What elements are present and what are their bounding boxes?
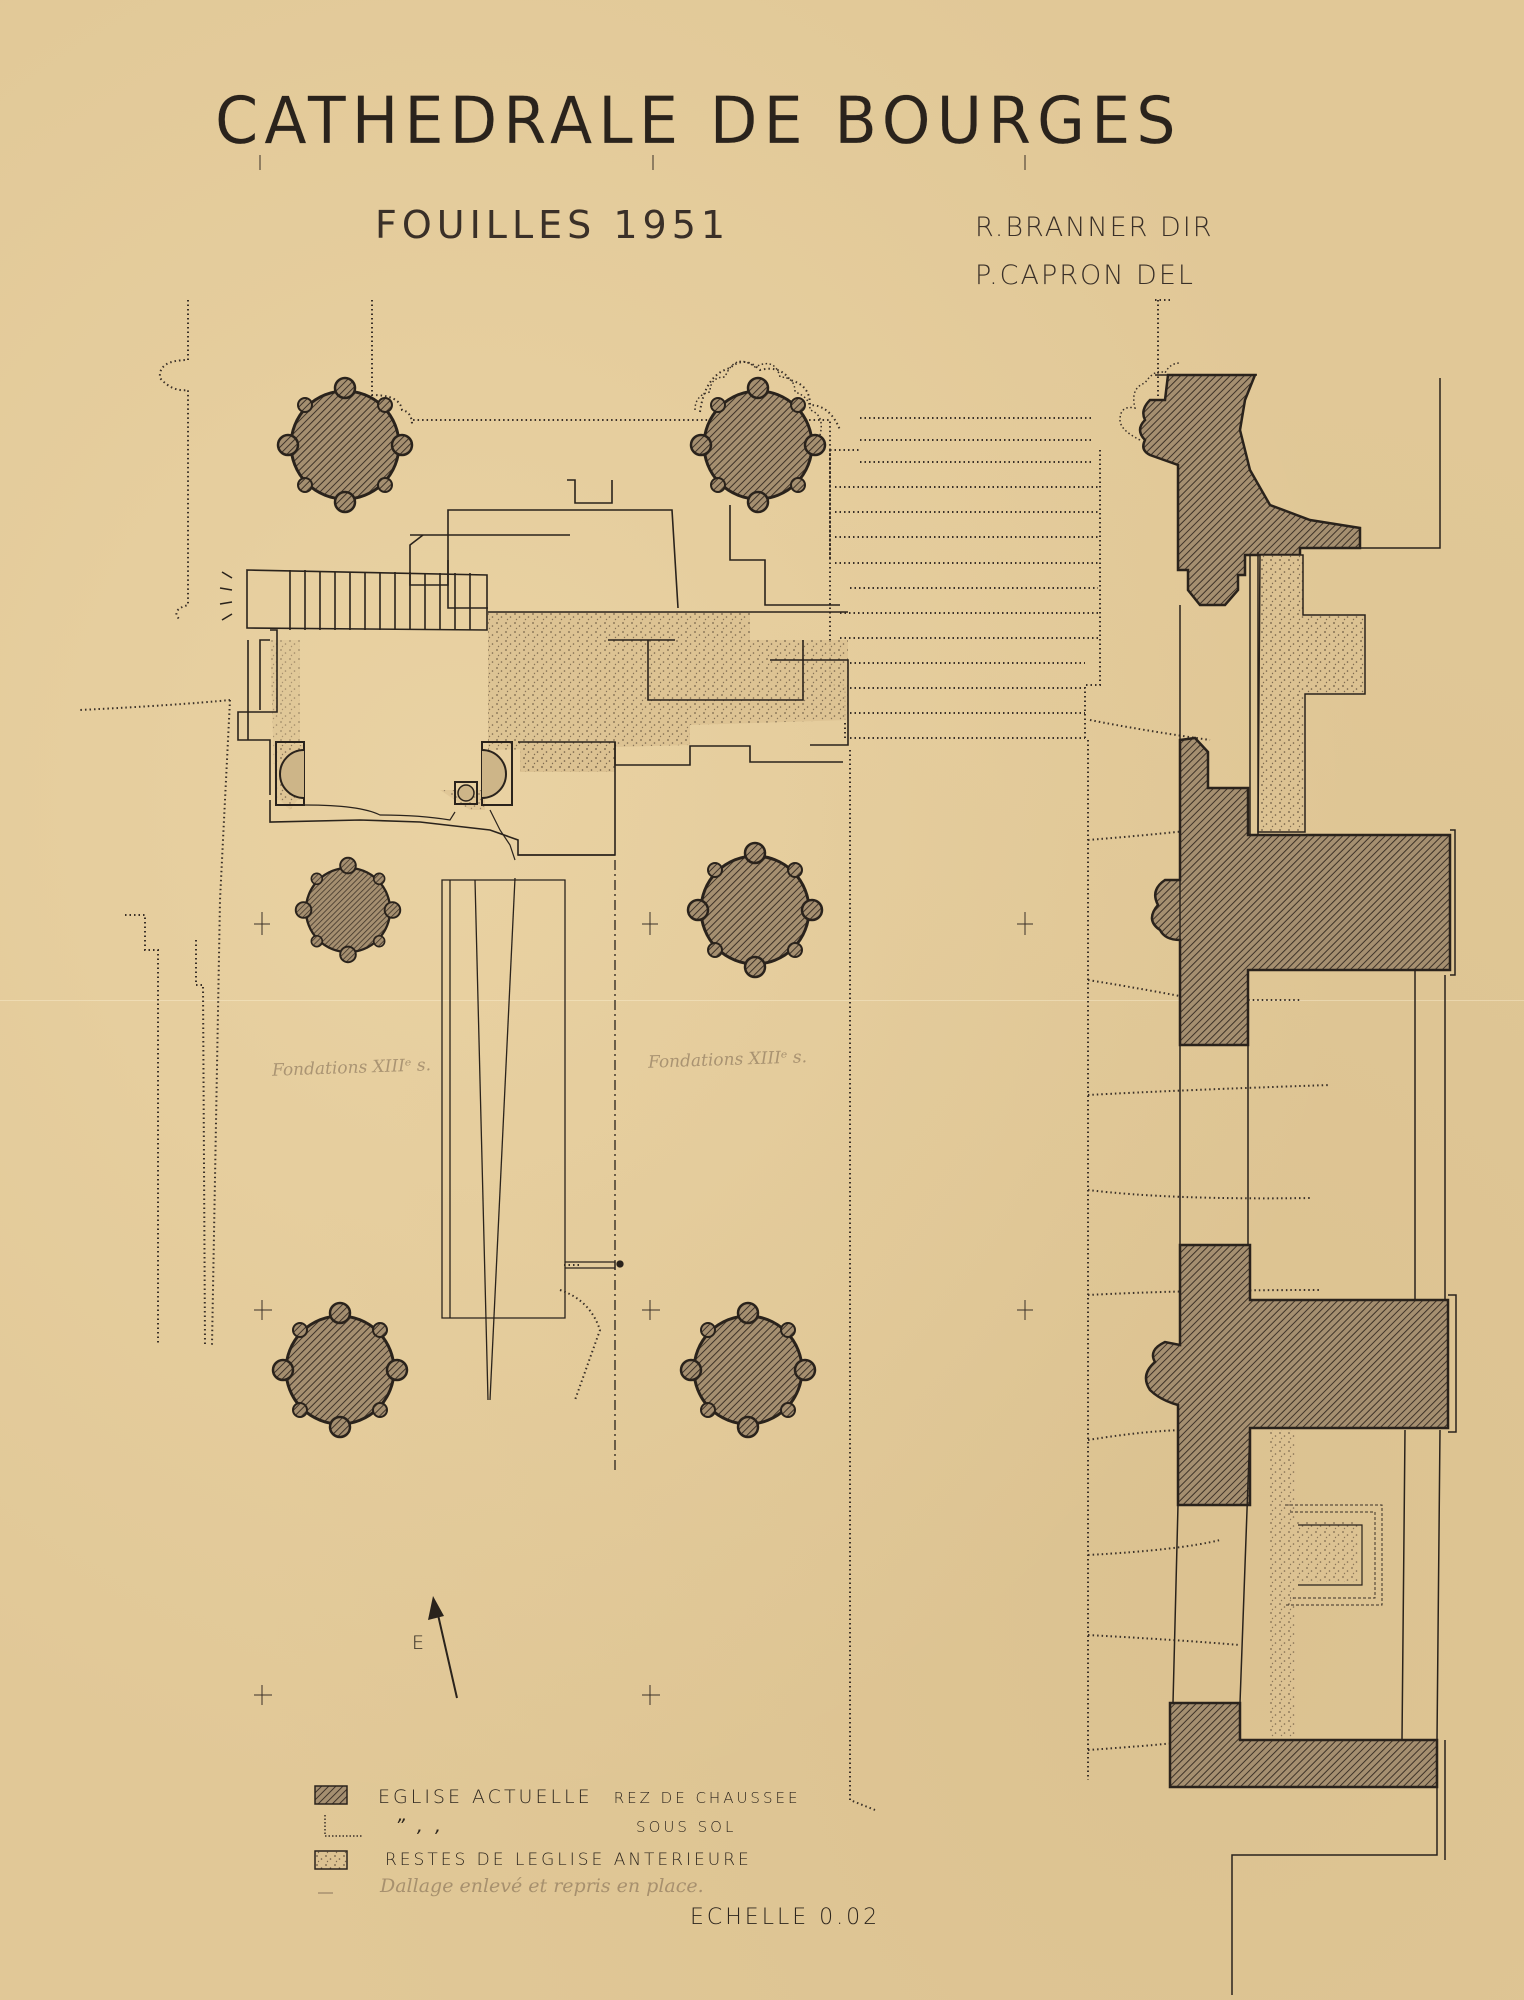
earlier-church-remains <box>270 612 848 810</box>
legend-sublabel: SOUS SOL <box>636 1818 736 1836</box>
drawing-title: CATHEDRALE DE BOURGES <box>215 82 1182 159</box>
pier-mid-left <box>296 858 401 963</box>
legend-item-current-church: EGLISE ACTUELLE REZ DE CHAUSSEE <box>378 1786 800 1808</box>
trench <box>442 860 623 1470</box>
legend-item-earlier-church: RESTES DE LEGLISE ANTERIEURE <box>385 1850 752 1870</box>
legend-label: EGLISE ACTUELLE <box>378 1786 593 1808</box>
north-arrow-icon <box>428 1596 457 1698</box>
legend-label: ” , , <box>395 1815 627 1837</box>
credit-director: R.BRANNER DIR <box>975 212 1214 243</box>
pier-bottom-left <box>273 1303 407 1437</box>
pier-mid-right <box>688 843 822 977</box>
legend-item-basement: ” , , SOUS SOL <box>395 1815 736 1837</box>
legend-swatch-dotted <box>325 1815 362 1836</box>
legend-swatch-stippled <box>315 1851 347 1869</box>
drawing-subtitle: FOUILLES 1951 <box>375 203 730 247</box>
north-arrow-label: E <box>412 1632 424 1654</box>
pier-top-left <box>278 378 412 512</box>
scale-label: ECHELLE 0.02 <box>690 1905 880 1930</box>
right-earlier-remains <box>1258 555 1382 1737</box>
legend-swatches <box>315 1786 362 1893</box>
credit-draftsman: P.CAPRON DEL <box>975 260 1195 291</box>
legend-item-paving-note: Dallage enlevé et repris en place. <box>380 1875 704 1897</box>
legend-swatch-hatched <box>315 1786 347 1804</box>
legend-sublabel: REZ DE CHAUSSEE <box>614 1789 801 1807</box>
pier-bottom-right <box>681 1303 815 1437</box>
floor-plan <box>0 0 1524 2000</box>
